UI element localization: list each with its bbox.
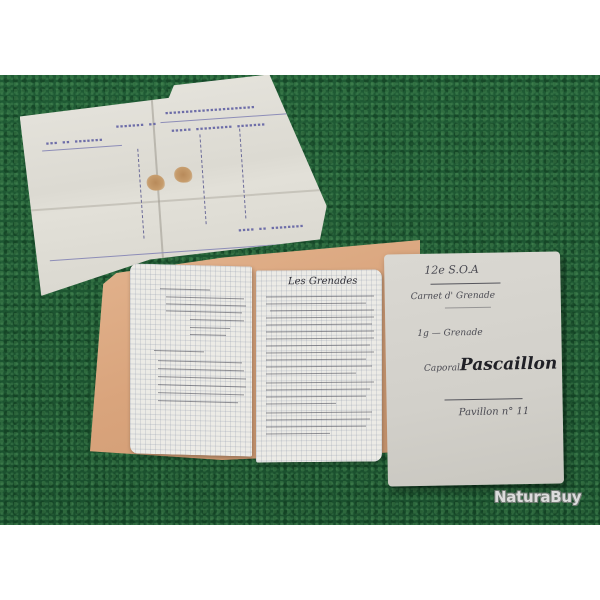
stain bbox=[174, 166, 193, 183]
cover-pavillon: Pavillon n° 11 bbox=[459, 406, 530, 418]
handwriting bbox=[158, 400, 238, 403]
typed-text: ▪▪▪▪▪ ▪▪▪▪▪▪▪▪▪ ▪▪▪▪▪▪▪ bbox=[171, 121, 266, 135]
handwriting bbox=[154, 350, 204, 352]
handwriting bbox=[266, 317, 374, 319]
handwriting bbox=[266, 338, 374, 340]
handwriting bbox=[158, 360, 242, 363]
photo: ▪▪▪ ▪▪ ▪▪▪▪▪▪▪ ▪▪▪▪▪▪▪ ▪▪ ▪▪▪▪▪▪▪▪▪▪▪▪▪▪… bbox=[0, 75, 600, 525]
cover-title: Carnet d' Grenade bbox=[411, 291, 495, 302]
cover-name: Pascaillon bbox=[460, 354, 558, 376]
form-column bbox=[199, 134, 207, 224]
notebook-right-page: Les Grenades bbox=[256, 269, 382, 462]
typed-text: ▪▪▪▪▪▪▪▪▪▪▪▪▪▪▪▪▪▪▪▪▪▪ bbox=[165, 104, 256, 117]
cover-unit: 12e S.O.A bbox=[424, 263, 479, 277]
handwriting bbox=[166, 296, 244, 299]
form-column bbox=[137, 149, 145, 239]
handwriting bbox=[266, 359, 366, 361]
handwriting bbox=[266, 382, 374, 384]
cover-subtitle: 1g — Grenade bbox=[417, 328, 482, 339]
typed-text: ▪▪▪ ▪▪ ▪▪▪▪▪▪▪ bbox=[45, 136, 103, 147]
fold-line bbox=[26, 189, 325, 212]
handwriting bbox=[266, 352, 374, 354]
handwriting bbox=[266, 324, 372, 326]
typed-text: ▪▪▪▪ ▪▪ ▪▪▪▪▪▪▪▪ bbox=[238, 222, 304, 234]
handwriting bbox=[266, 412, 372, 414]
handwriting bbox=[266, 426, 366, 428]
cover-rank: Caporal bbox=[424, 363, 460, 374]
stain bbox=[146, 174, 165, 191]
underline bbox=[445, 307, 491, 309]
handwriting bbox=[266, 373, 356, 375]
handwriting bbox=[266, 366, 372, 368]
handwriting bbox=[158, 384, 246, 387]
typed-text: ▪▪▪▪▪▪▪ ▪▪ bbox=[115, 120, 157, 130]
carnet-cover: 12e S.O.A Carnet d' Grenade 1g — Grenade… bbox=[384, 251, 564, 486]
handwriting bbox=[190, 334, 226, 336]
handwriting bbox=[266, 345, 370, 347]
handwriting bbox=[266, 389, 370, 391]
handwriting bbox=[190, 319, 244, 321]
handwriting bbox=[266, 403, 336, 405]
handwriting bbox=[266, 331, 374, 333]
form-column bbox=[239, 129, 247, 219]
naturabuy-watermark: NaturaBuy bbox=[494, 488, 581, 506]
handwriting bbox=[158, 368, 244, 371]
handwriting bbox=[266, 296, 374, 298]
handwriting bbox=[158, 392, 244, 395]
notebook-page-title: Les Grenades bbox=[288, 276, 357, 288]
handwriting bbox=[266, 419, 370, 421]
underline bbox=[445, 398, 523, 400]
handwriting bbox=[266, 433, 330, 435]
handwriting bbox=[166, 310, 242, 313]
handwriting bbox=[190, 327, 230, 329]
handwriting bbox=[270, 310, 374, 312]
handwriting bbox=[158, 376, 246, 379]
underline bbox=[431, 283, 501, 285]
handwriting bbox=[266, 303, 366, 305]
handwriting bbox=[160, 288, 210, 290]
handwriting bbox=[166, 303, 246, 306]
handwriting bbox=[266, 396, 366, 398]
notebook-left-page bbox=[130, 263, 252, 456]
